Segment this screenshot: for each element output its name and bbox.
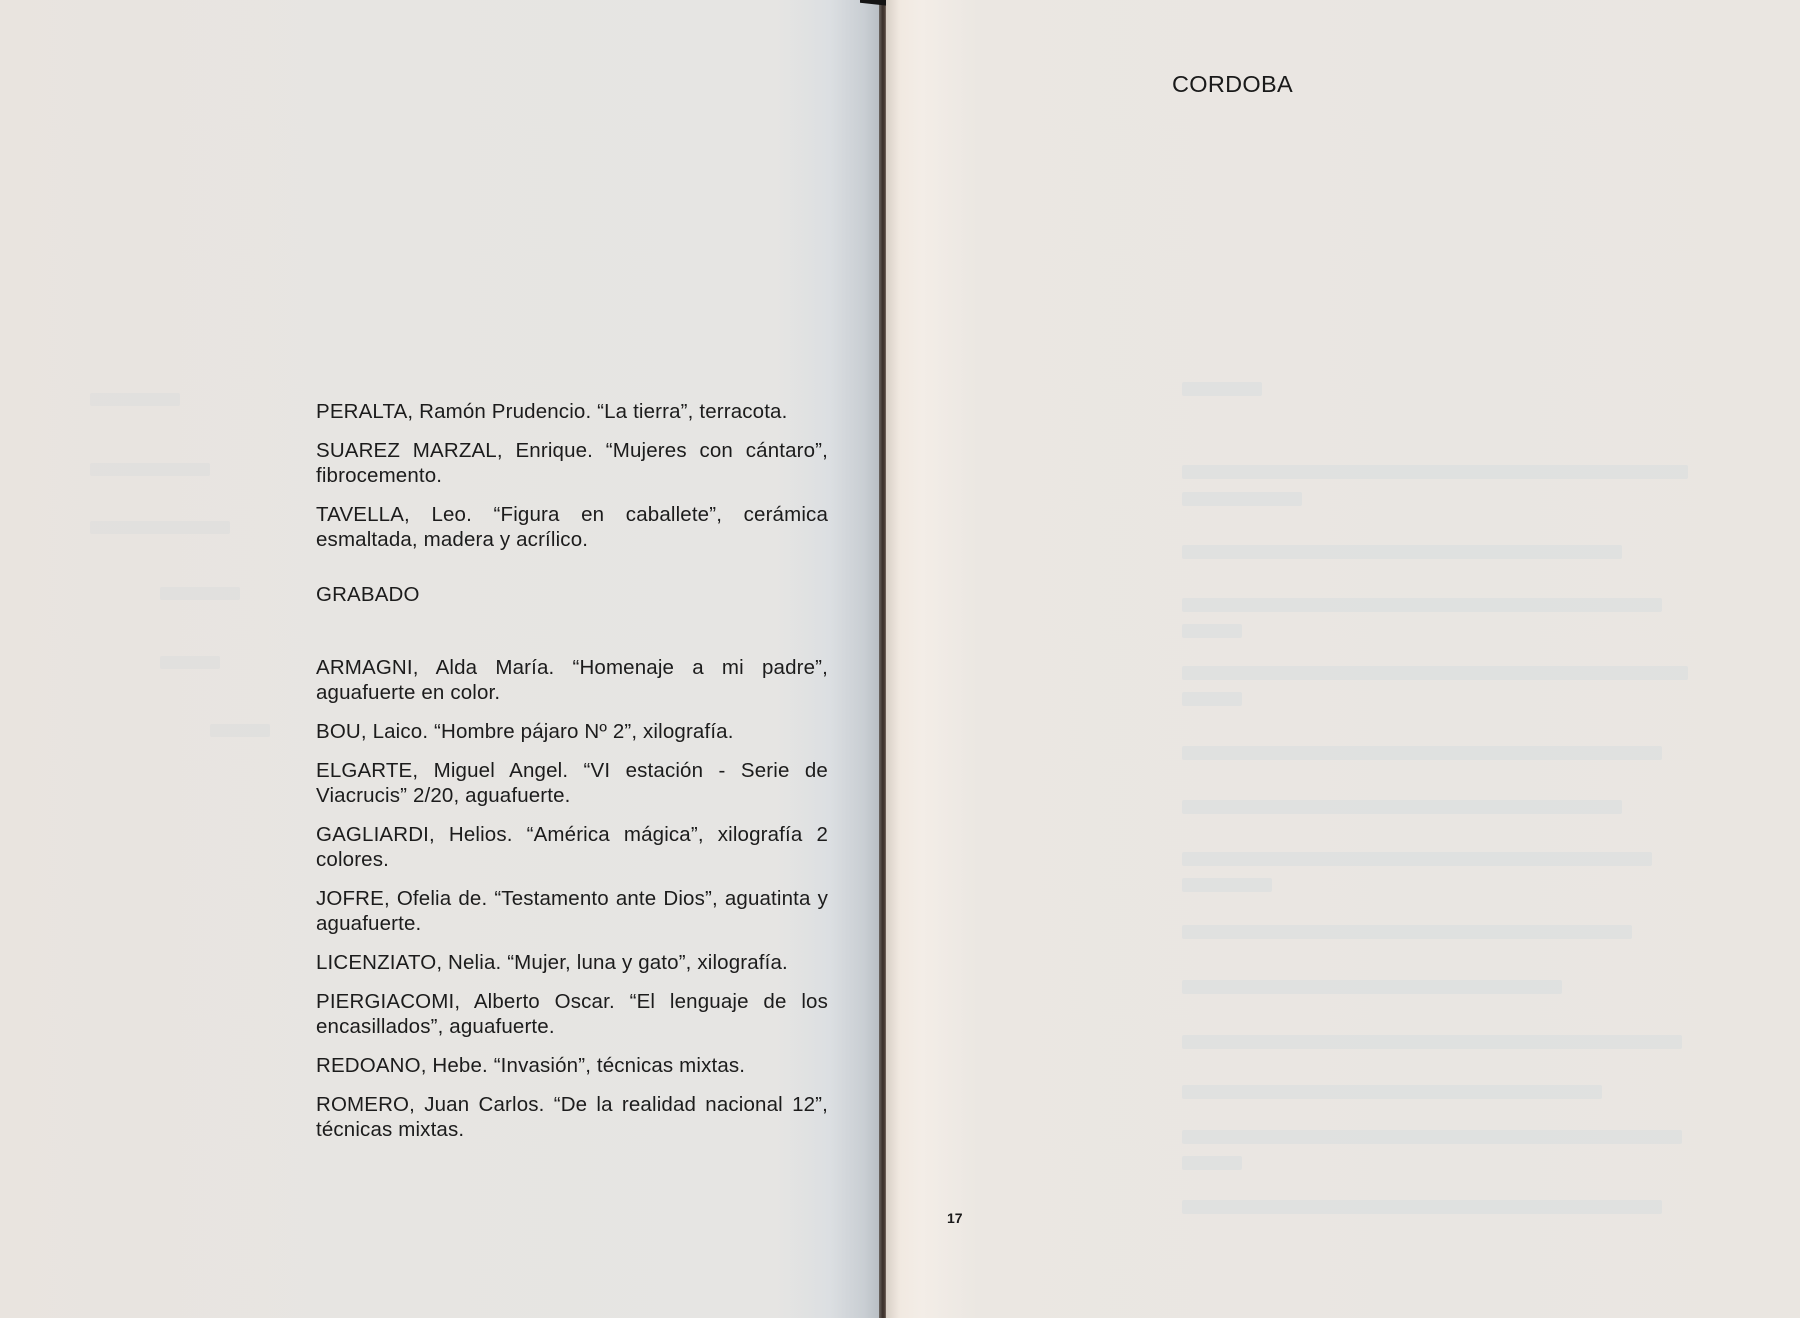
catalog-entry: REDOANO, Hebe. “Invasión”, técnicas mixt… — [316, 1053, 828, 1078]
show-through-ghost — [1182, 852, 1652, 866]
show-through-ghost — [1182, 545, 1622, 559]
show-through-ghost — [1182, 465, 1688, 479]
show-through-ghost — [1182, 666, 1688, 680]
show-through-ghost — [1182, 1156, 1242, 1170]
show-through-ghost — [1182, 980, 1562, 994]
page-section-title: CORDOBA — [1172, 71, 1293, 98]
catalog-entry: TAVELLA, Leo. “Figura en caballete”, cer… — [316, 502, 828, 552]
catalog-entry: ELGARTE, Miguel Angel. “VI estación - Se… — [316, 758, 828, 808]
show-through-ghost — [1182, 1130, 1682, 1144]
show-through-ghost — [1182, 746, 1662, 760]
left-page: PERALTA, Ramón Prudencio. “La tierra”, t… — [0, 0, 882, 1318]
show-through-ghost — [160, 656, 220, 669]
show-through-ghost — [1182, 692, 1242, 706]
catalog-entry: PERALTA, Ramón Prudencio. “La tierra”, t… — [316, 399, 828, 424]
catalog-entry: BOU, Laico. “Hombre pájaro Nº 2”, xilogr… — [316, 719, 828, 744]
catalog-listing: PERALTA, Ramón Prudencio. “La tierra”, t… — [316, 399, 828, 1156]
show-through-ghost — [90, 463, 210, 476]
show-through-ghost — [1182, 1200, 1662, 1214]
catalog-entry: SUAREZ MARZAL, Enrique. “Mujeres con cán… — [316, 438, 828, 488]
show-through-ghost — [1182, 382, 1262, 396]
show-through-ghost — [1182, 878, 1272, 892]
catalog-entry: LICENZIATO, Nelia. “Mujer, luna y gato”,… — [316, 950, 828, 975]
catalog-entry: JOFRE, Ofelia de. “Testamento ante Dios”… — [316, 886, 828, 936]
right-page — [886, 0, 1800, 1318]
show-through-ghost — [90, 521, 230, 534]
book-spread: PERALTA, Ramón Prudencio. “La tierra”, t… — [0, 0, 1800, 1318]
page-number: 17 — [947, 1210, 963, 1226]
show-through-ghost — [1182, 925, 1632, 939]
show-through-ghost — [1182, 800, 1622, 814]
catalog-entry: GAGLIARDI, Helios. “América mágica”, xil… — [316, 822, 828, 872]
catalog-entry: ROMERO, Juan Carlos. “De la realidad nac… — [316, 1092, 828, 1142]
show-through-ghost — [1182, 492, 1302, 506]
section-heading-grabado: GRABADO — [316, 582, 828, 607]
show-through-ghost — [1182, 1035, 1682, 1049]
show-through-ghost — [160, 587, 240, 600]
show-through-ghost — [1182, 598, 1662, 612]
show-through-ghost — [1182, 1085, 1602, 1099]
show-through-ghost — [210, 724, 270, 737]
show-through-ghost — [1182, 624, 1242, 638]
catalog-entry: PIERGIACOMI, Alberto Oscar. “El lenguaje… — [316, 989, 828, 1039]
show-through-ghost — [90, 393, 180, 406]
catalog-entry: ARMAGNI, Alda María. “Homenaje a mi padr… — [316, 655, 828, 705]
